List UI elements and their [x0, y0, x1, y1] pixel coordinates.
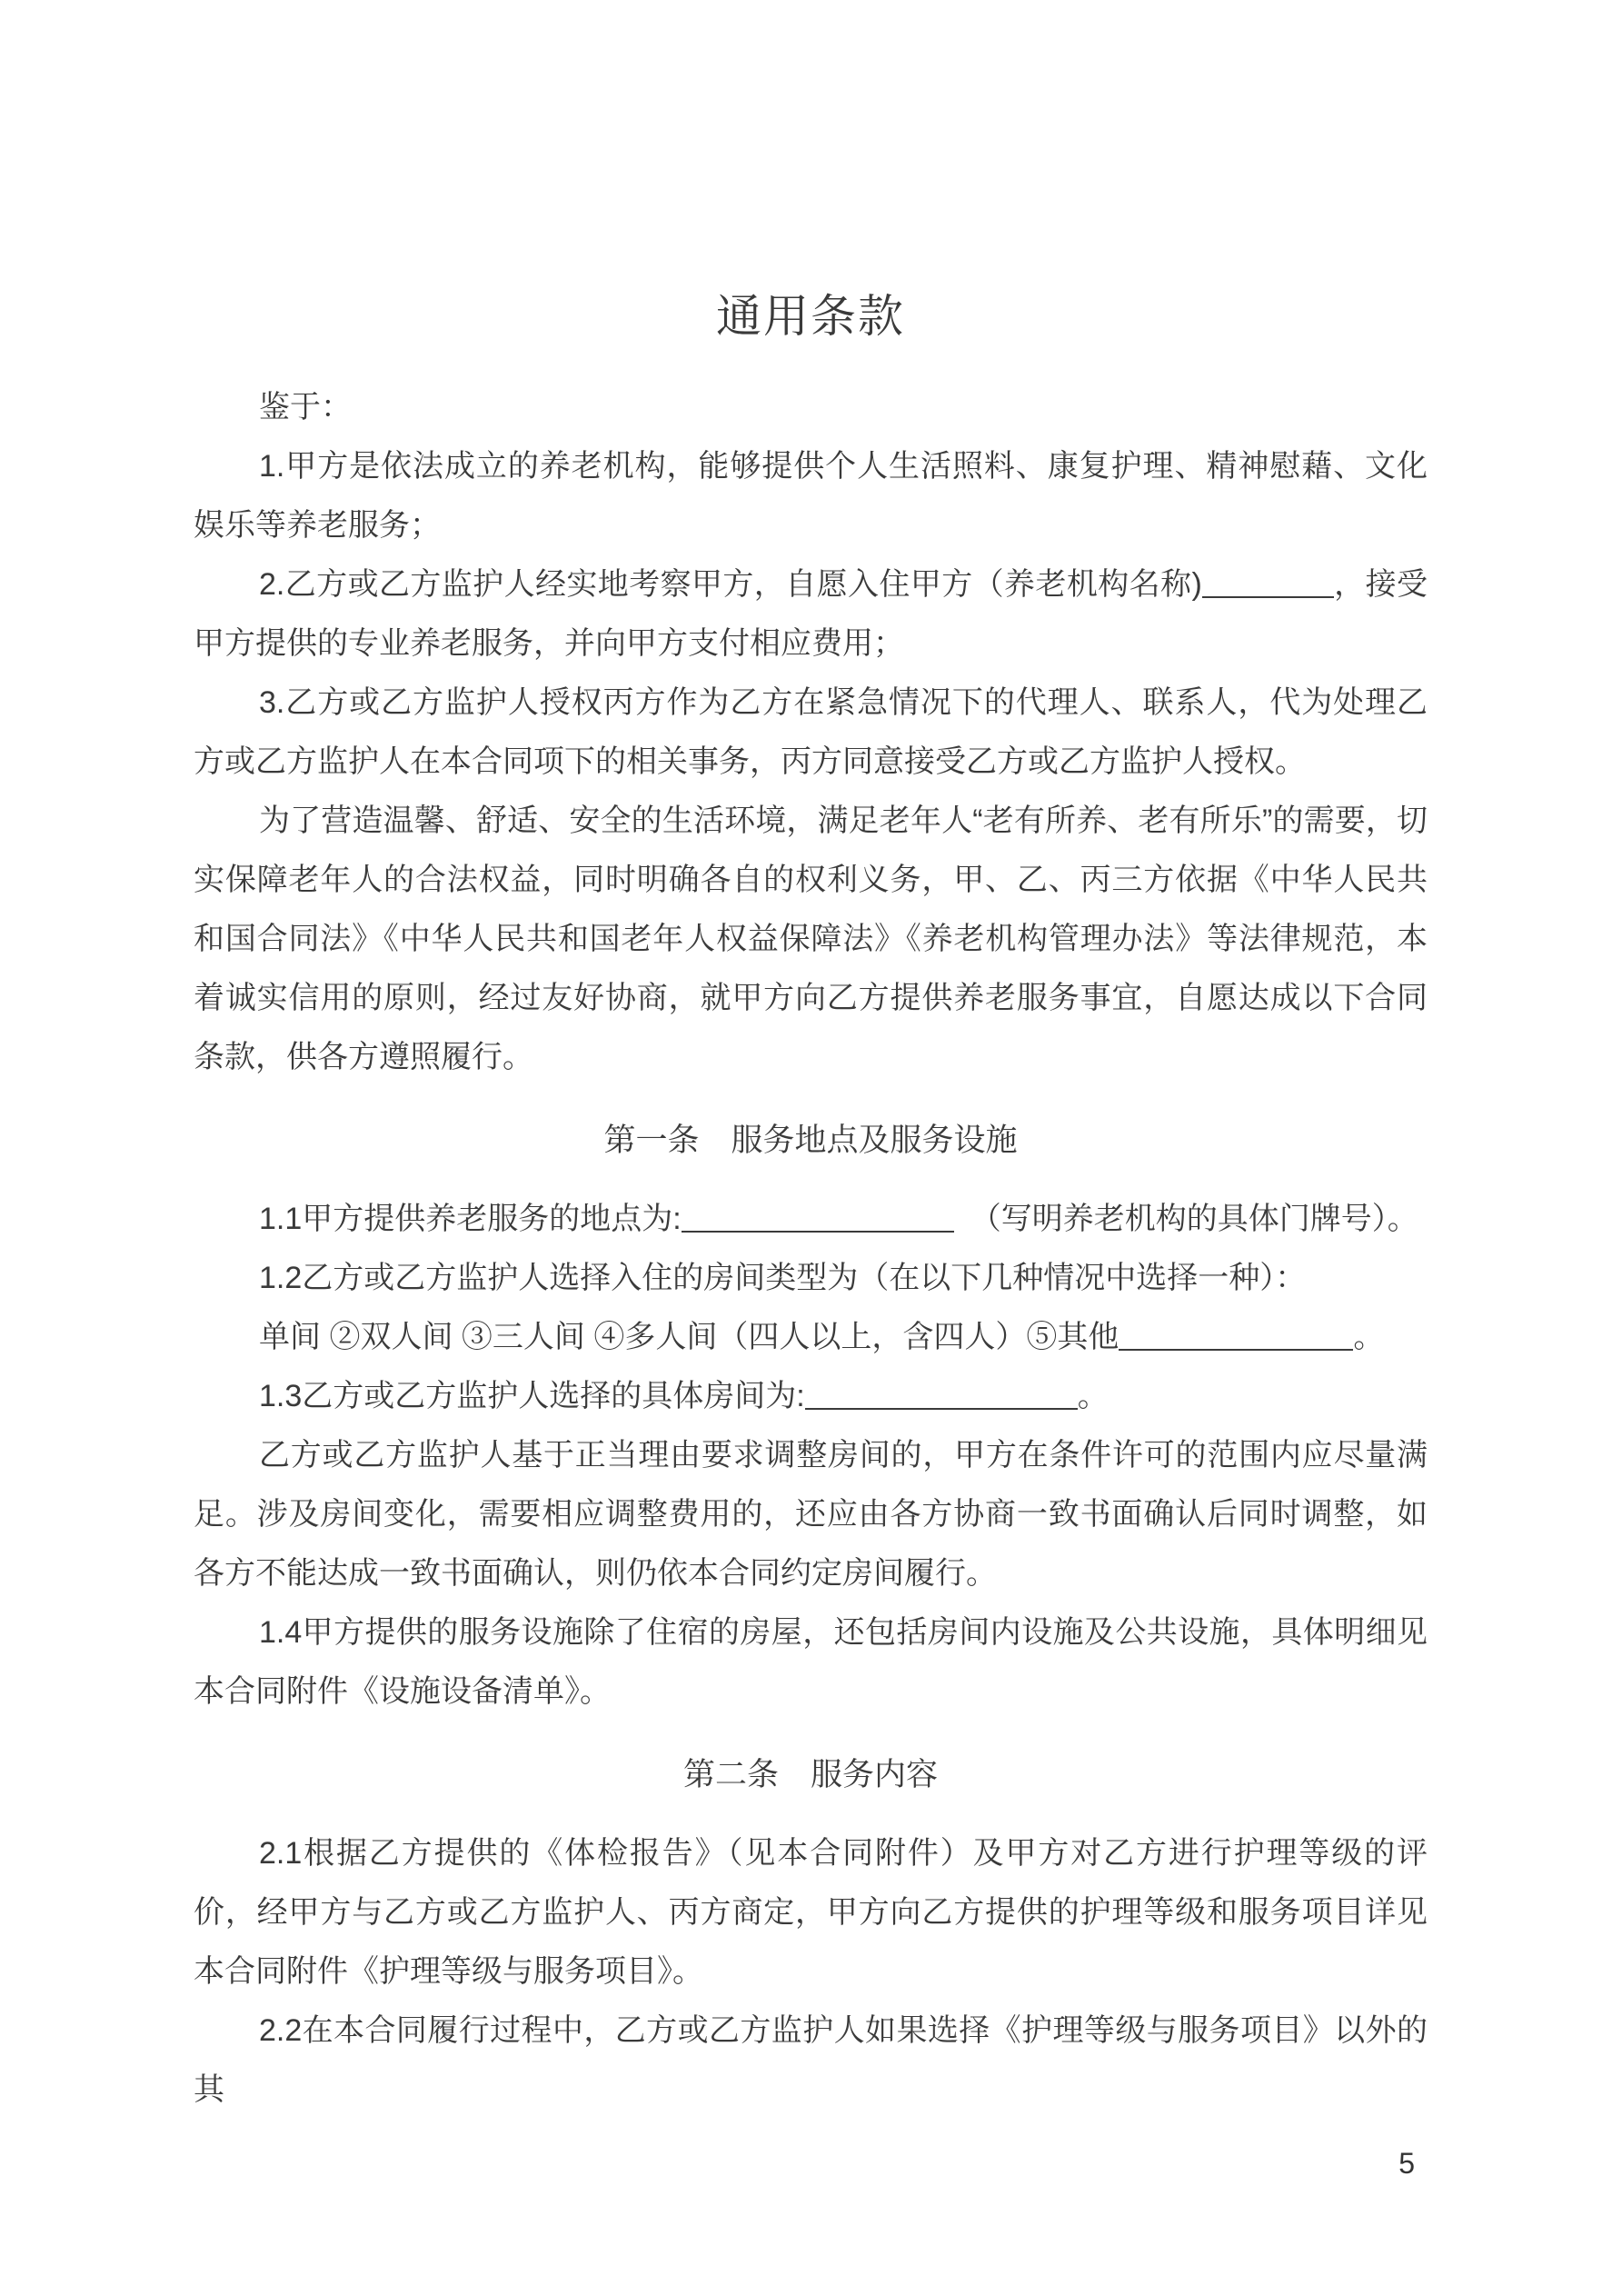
paragraph-text: 。 [1078, 1379, 1109, 1413]
paragraph-1-1: 1.1甲方提供养老服务的地点为:（写明养老机构的具体门牌号）。 [194, 1190, 1428, 1249]
paragraph-text: 1.2乙方或乙方监护人选择入住的房间类型为（在以下几种情况中选择一种）： [259, 1261, 1306, 1295]
page-content: 通用条款 鉴于： 1.甲方是依法成立的养老机构，能够提供个人生活照料、康复护理、… [194, 289, 1428, 2120]
paragraph-text: 乙方或乙方监护人基于正当理由要求调整房间的，甲方在条件许可的范围内应尽量满足。涉… [194, 1438, 1428, 1591]
paragraph-text: 2.2在本合同履行过程中，乙方或乙方监护人如果选择《护理等级与服务项目》以外的其 [194, 2013, 1428, 2107]
paragraph-text: 鉴于： [259, 390, 352, 424]
paragraph-recital-2: 2.乙方或乙方监护人经实地考察甲方，自愿入住甲方（养老机构名称)，接受甲方提供的… [194, 555, 1428, 674]
paragraph-text: （写明养老机构的具体门牌号）。 [970, 1202, 1418, 1236]
paragraph-recital-3: 3.乙方或乙方监护人授权丙方作为乙方在紧急情况下的代理人、联系人，代为处理乙方或… [194, 674, 1428, 792]
paragraph-text: 单间 ②双人间 ③三人间 ④多人间（四人以上，含四人）⑤其他 [259, 1320, 1119, 1354]
paragraph-1-2: 1.2乙方或乙方监护人选择入住的房间类型为（在以下几种情况中选择一种）： [194, 1249, 1428, 1308]
paragraph-text: 1.1甲方提供养老服务的地点为: [259, 1202, 682, 1236]
paragraph-text: 1.甲方是依法成立的养老机构，能够提供个人生活照料、康复护理、精神慰藉、文化娱乐… [194, 449, 1428, 543]
fill-in-blank-room-number [805, 1381, 1078, 1410]
paragraph-1-4: 1.4甲方提供的服务设施除了住宿的房屋，还包括房间内设施及公共设施，具体明细见本… [194, 1603, 1428, 1722]
fill-in-blank-service-address [682, 1203, 954, 1233]
paragraph-text: 为了营造温馨、舒适、安全的生活环境，满足老年人“老有所养、老有所乐”的需要，切实… [194, 804, 1428, 1074]
paragraph-text: 2.1根据乙方提供的《体检报告》（见本合同附件）及甲方对乙方进行护理等级的评价，… [194, 1836, 1428, 1989]
paragraph-text: 2.乙方或乙方监护人经实地考察甲方，自愿入住甲方（养老机构名称) [259, 567, 1202, 602]
paragraph-1-3: 1.3乙方或乙方监护人选择的具体房间为:。 [194, 1367, 1428, 1426]
page-number: 5 [1398, 2145, 1415, 2181]
contract-page: 通用条款 鉴于： 1.甲方是依法成立的养老机构，能够提供个人生活照料、康复护理、… [0, 0, 1622, 2296]
paragraph-text: 1.4甲方提供的服务设施除了住宿的房屋，还包括房间内设施及公共设施，具体明细见本… [194, 1615, 1428, 1709]
paragraph-text: 3.乙方或乙方监护人授权丙方作为乙方在紧急情况下的代理人、联系人，代为处理乙方或… [194, 685, 1428, 779]
paragraph-text: 。 [1353, 1320, 1384, 1354]
fill-in-blank-room-type-other [1119, 1322, 1353, 1351]
paragraph-preamble: 为了营造温馨、舒适、安全的生活环境，满足老年人“老有所养、老有所乐”的需要，切实… [194, 792, 1428, 1087]
paragraph-whereas: 鉴于： [194, 378, 1428, 437]
section-heading-article-1: 第一条 服务地点及服务设施 [194, 1111, 1428, 1170]
paragraph-room-adjustment: 乙方或乙方监护人基于正当理由要求调整房间的，甲方在条件许可的范围内应尽量满足。涉… [194, 1426, 1428, 1603]
document-title: 通用条款 [194, 289, 1428, 344]
paragraph-2-2: 2.2在本合同履行过程中，乙方或乙方监护人如果选择《护理等级与服务项目》以外的其 [194, 2002, 1428, 2120]
paragraph-room-options: 单间 ②双人间 ③三人间 ④多人间（四人以上，含四人）⑤其他。 [194, 1308, 1428, 1367]
paragraph-text: 1.3乙方或乙方监护人选择的具体房间为: [259, 1379, 805, 1413]
paragraph-recital-1: 1.甲方是依法成立的养老机构，能够提供个人生活照料、康复护理、精神慰藉、文化娱乐… [194, 437, 1428, 555]
paragraph-2-1: 2.1根据乙方提供的《体检报告》（见本合同附件）及甲方对乙方进行护理等级的评价，… [194, 1824, 1428, 2002]
fill-in-blank-institution-name [1202, 569, 1334, 598]
section-heading-article-2: 第二条 服务内容 [194, 1745, 1428, 1804]
